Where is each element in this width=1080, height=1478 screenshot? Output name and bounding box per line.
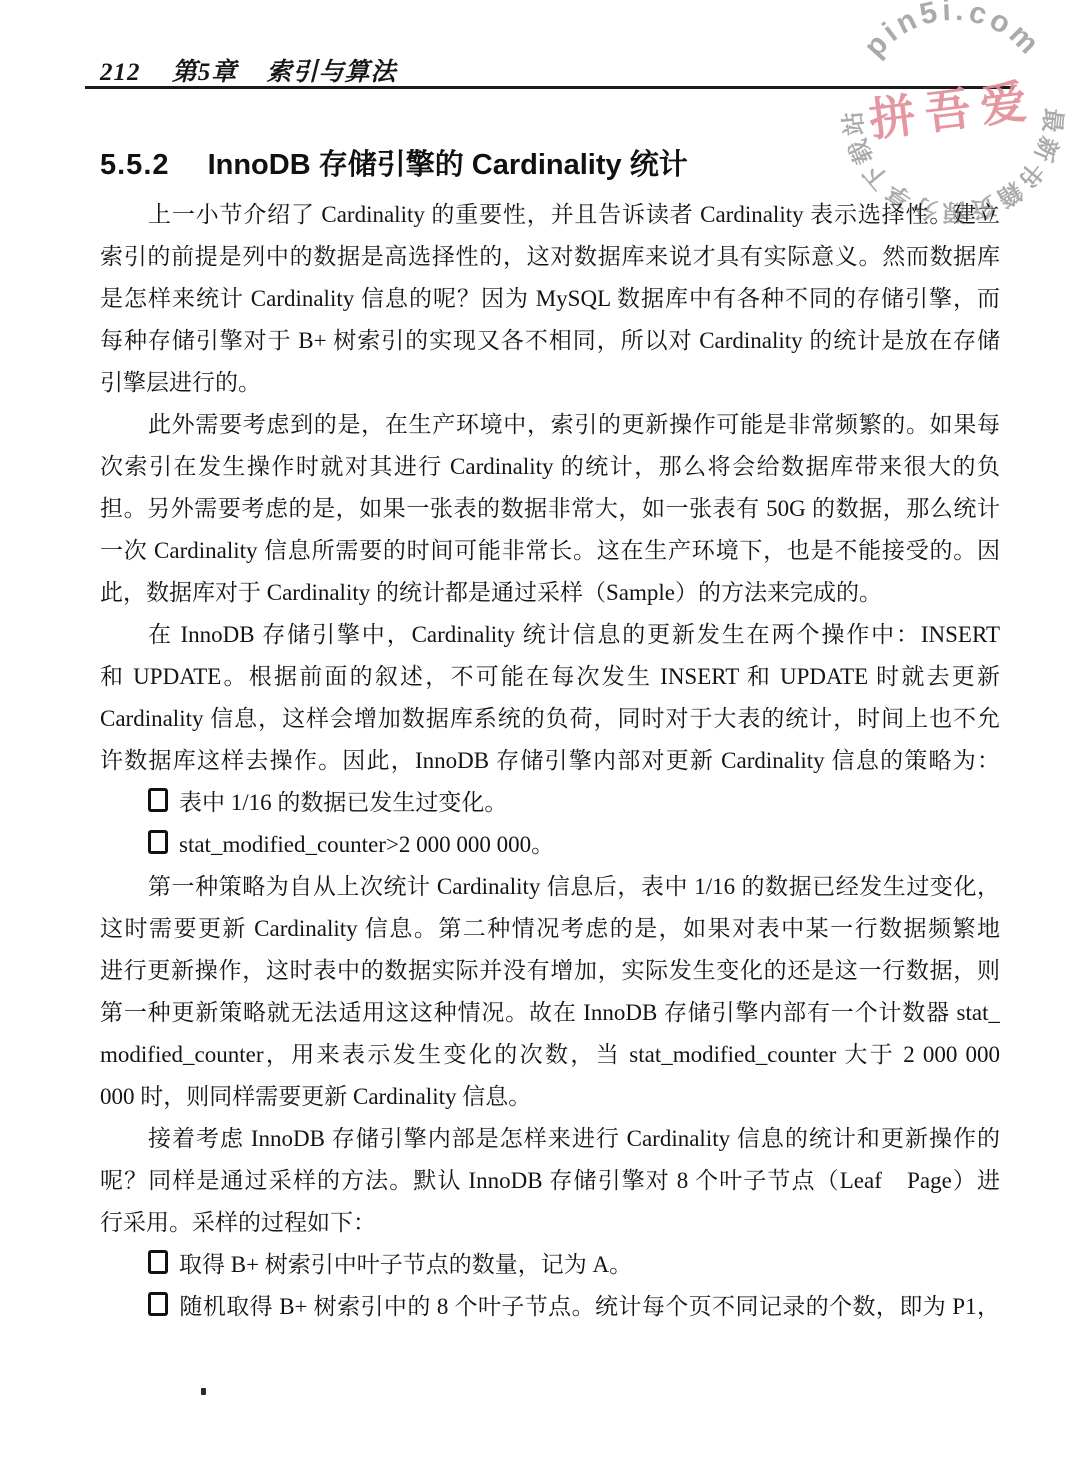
book-page: 212 第5章 索引与算法 pin5i.com 最新书籍资源分享下载站 拼吾爱 … [0,0,1080,1478]
text-line: 第一种策略为自从上次统计 Cardinality 信息后，表中 1/16 的数据… [100,866,1000,908]
text-line: 第一种更新策略就无法适用这这种情况。故在 InnoDB 存储引擎内部有一个计数器… [100,992,1000,1034]
body-text: 上一小节介绍了 Cardinality 的重要性，并且告诉读者 Cardinal… [100,194,1000,1328]
chapter-label: 第5章 [172,59,238,86]
bullet-text: 取得 B+ 树索引中叶子节点的数量，记为 A。 [179,1252,632,1277]
bullet-square-icon [148,788,168,812]
chapter-title: 索引与算法 [267,59,397,86]
text-line: 进行更新操作，这时表中的数据实际并没有增加，实际发生变化的还是这一行数据，则 [100,950,1000,992]
watermark-site-arc: pin5i.com [858,0,1048,63]
text-line: 每种存储引擎对于 B+ 树索引的实现又各不相同，所以对 Cardinality … [100,320,1000,362]
text-line: 是怎样来统计 Cardinality 信息的呢？因为 MySQL 数据库中有各种… [100,278,1000,320]
bullet-line: 取得 B+ 树索引中叶子节点的数量，记为 A。 [100,1244,1000,1286]
text-line: 一次 Cardinality 信息所需要的时间可能非常长。这在生产环境下，也是不… [100,530,1000,572]
text-line: 行采用。采样的过程如下： [100,1202,1000,1244]
text-line: Cardinality 信息，这样会增加数据库系统的负荷，同时对于大表的统计，时… [100,698,1000,740]
bullet-square-icon [148,1250,168,1274]
page-number: 212 [100,59,141,86]
text-line: 和 UPDATE。根据前面的叙述，不可能在每次发生 INSERT 和 UPDAT… [100,656,1000,698]
text-line: modified_counter，用来表示发生变化的次数，当 stat_modi… [100,1034,1000,1076]
text-line: 此，数据库对于 Cardinality 的统计都是通过采样（Sample）的方法… [100,572,1000,614]
text-line: 次索引在发生操作时就对其进行 Cardinality 的统计，那么将会给数据库带… [100,446,1000,488]
text-line: 此外需要考虑到的是，在生产环境中，索引的更新操作可能是非常频繁的。如果每 [100,404,1000,446]
running-header: 212 第5章 索引与算法 [100,52,397,88]
bullet-text: stat_modified_counter>2 000 000 000。 [179,832,554,857]
text-line: 接着考虑 InnoDB 存储引擎内部是怎样来进行 Cardinality 信息的… [100,1118,1000,1160]
text-line: 在 InnoDB 存储引擎中，Cardinality 统计信息的更新发生在两个操… [100,614,1000,656]
bullet-text: 表中 1/16 的数据已发生过变化。 [179,790,507,815]
bullet-text: 随机取得 B+ 树索引中的 8 个叶子节点。统计每个页不同记录的个数，即为 P1… [179,1294,1000,1319]
scan-speck [201,1388,206,1395]
section-number: 5.5.2 [100,149,170,181]
text-line: 许数据库这样去操作。因此，InnoDB 存储引擎内部对更新 Cardinalit… [100,740,1000,782]
text-line: 索引的前提是列中的数据是高选择性的，这对数据库来说才具有实际意义。然而数据库 [100,236,1000,278]
watermark-center-text: 拼吾爱 [866,75,1039,146]
text-line: 000 时，则同样需要更新 Cardinality 信息。 [100,1076,1000,1118]
section-title: InnoDB 存储引擎的 Cardinality 统计 [208,149,688,181]
bullet-square-icon [148,830,168,854]
text-line: 这时需要更新 Cardinality 信息。第二种情况考虑的是，如果对表中某一行… [100,908,1000,950]
bullet-line: stat_modified_counter>2 000 000 000。 [100,824,1000,866]
text-line: 担。另外需要考虑的是，如果一张表的数据非常大，如一张表有 50G 的数据，那么统… [100,488,1000,530]
text-line: 呢？同样是通过采样的方法。默认 InnoDB 存储引擎对 8 个叶子节点（Lea… [100,1160,1000,1202]
bullet-square-icon [148,1292,168,1316]
text-line: 引擎层进行的。 [100,362,1000,404]
bullet-line: 表中 1/16 的数据已发生过变化。 [100,782,1000,824]
text-line: 上一小节介绍了 Cardinality 的重要性，并且告诉读者 Cardinal… [100,194,1000,236]
section-heading: 5.5.2 InnoDB 存储引擎的 Cardinality 统计 [100,142,688,183]
bullet-line: 随机取得 B+ 树索引中的 8 个叶子节点。统计每个页不同记录的个数，即为 P1… [100,1286,1000,1328]
